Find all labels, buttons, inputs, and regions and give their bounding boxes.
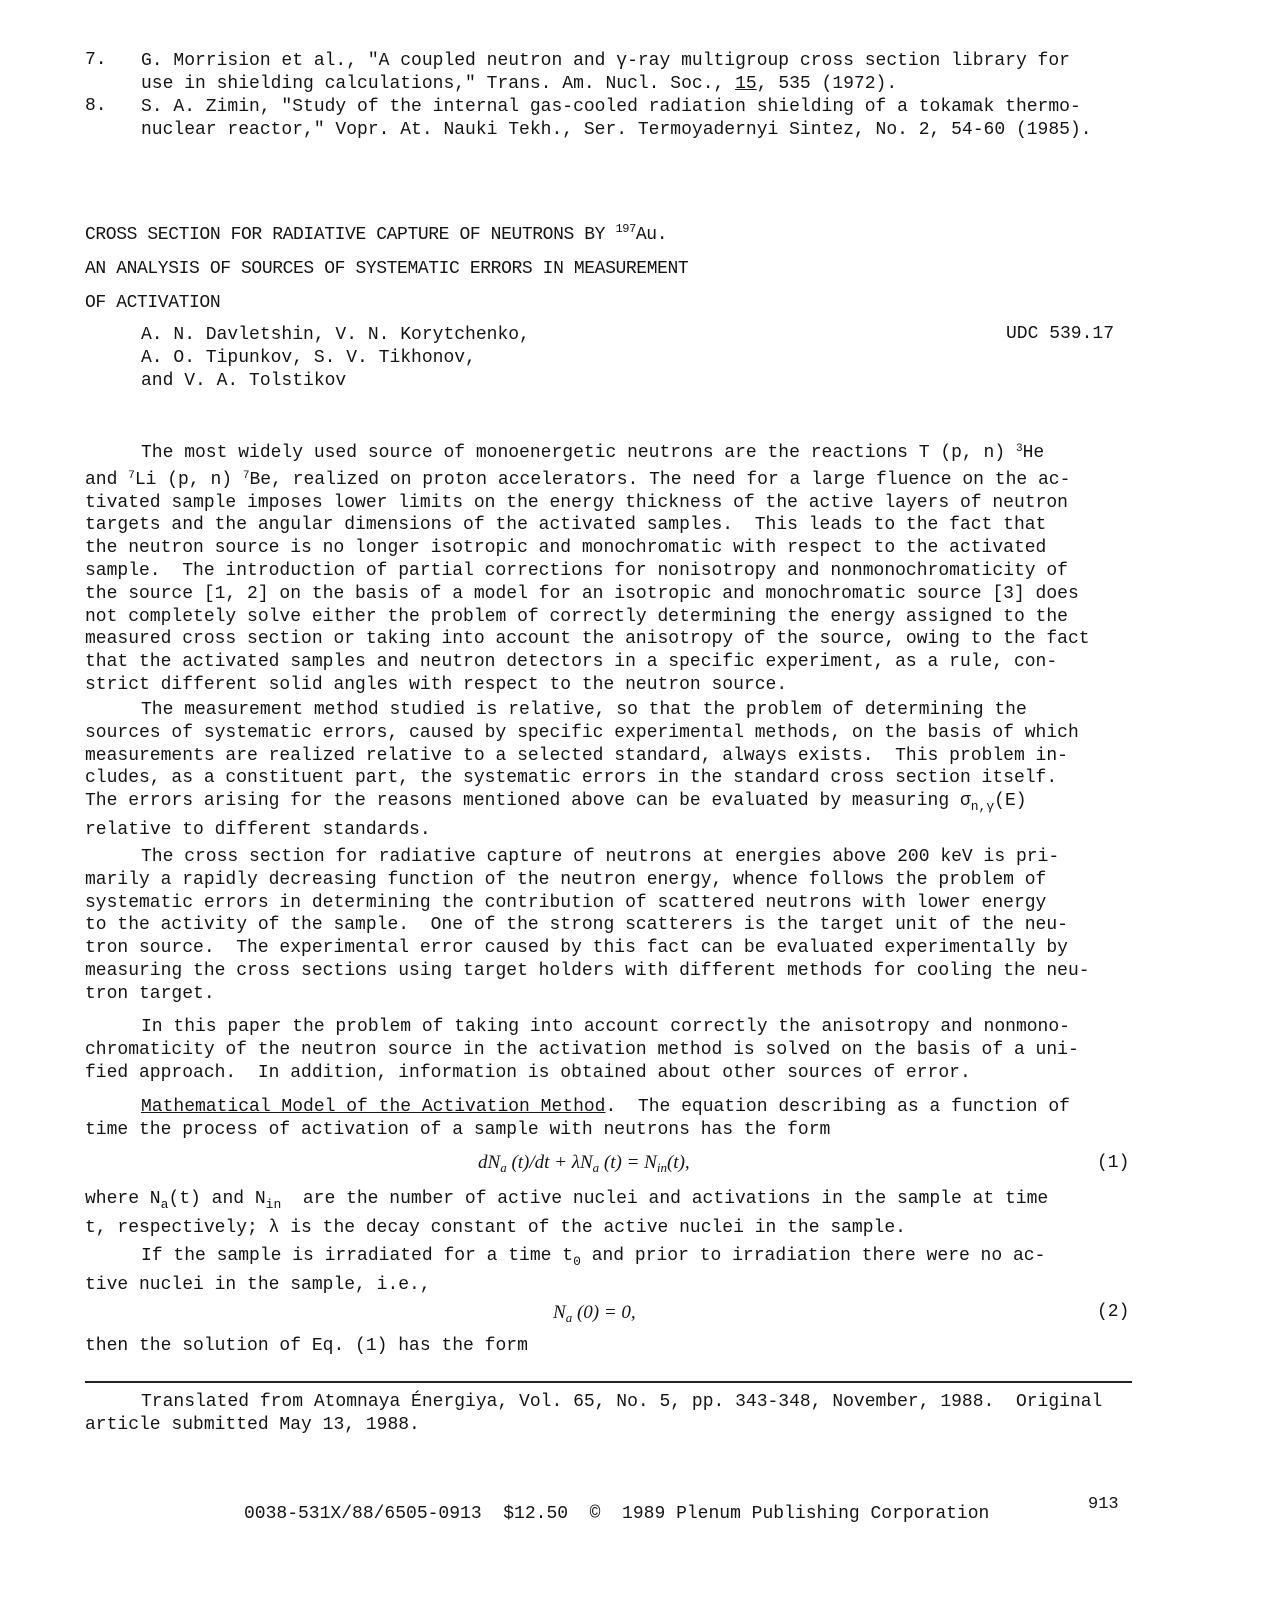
reference-text: G. Morrision et al., "A coupled neutron … <box>141 50 1185 73</box>
section-heading: Mathematical Model of the Activation Met… <box>141 1097 605 1117</box>
paragraph-measurement-method: The measurement method studied is relati… <box>85 699 1079 842</box>
reference-item: 7. G. Morrision et al., "A coupled neutr… <box>85 50 1185 96</box>
equation-2: Na (0) = 0, <box>553 1302 636 1326</box>
paragraph-solution: then the solution of Eq. (1) has the for… <box>85 1335 528 1358</box>
paragraph-intro: The most widely used source of monoenerg… <box>85 438 1090 697</box>
volume-number: 15 <box>735 74 757 94</box>
reference-item: 8. S. A. Zimin, "Study of the internal g… <box>85 96 1185 142</box>
author-line: A. O. Tipunkov, S. V. Tikhonov, <box>141 348 476 368</box>
article-title: CROSS SECTION FOR RADIATIVE CAPTURE OF N… <box>85 212 688 320</box>
equation-1: dNa (t)/dt + λNa (t) = Nin(t), <box>478 1152 690 1176</box>
reference-list: 7. G. Morrision et al., "A coupled neutr… <box>85 50 1185 142</box>
paragraph-irradiation: If the sample is irradiated for a time t… <box>85 1245 1045 1297</box>
paragraph-math-model: Mathematical Model of the Activation Met… <box>85 1096 1070 1142</box>
reference-text: nuclear reactor," Vopr. At. Nauki Tekh.,… <box>141 119 1185 142</box>
author-line: A. N. Davletshin, V. N. Korytchenko, <box>141 325 530 345</box>
equation-number: (2) <box>1097 1302 1129 1322</box>
page-number: 913 <box>1088 1495 1119 1514</box>
udc-code: UDC 539.17 <box>1006 324 1114 344</box>
paragraph-definitions: where Na(t) and Nin are the number of ac… <box>85 1188 1048 1240</box>
publisher-footer: 0038-531X/88/6505-0913 $12.50 © 1989 Ple… <box>244 1504 989 1524</box>
reference-text: S. A. Zimin, "Study of the internal gas-… <box>141 96 1185 119</box>
translation-footnote: Translated from Atomnaya Énergiya, Vol. … <box>85 1391 1102 1437</box>
paragraph-paper-scope: In this paper the problem of taking into… <box>85 1016 1079 1084</box>
reference-text: use in shielding calculations," Trans. A… <box>141 73 1185 96</box>
author-list: A. N. Davletshin, V. N. Korytchenko, A. … <box>141 324 530 393</box>
reference-number: 8. <box>85 96 107 116</box>
equation-number: (1) <box>1097 1153 1129 1173</box>
footnote-divider <box>85 1381 1132 1383</box>
paragraph-cross-section: The cross section for radiative capture … <box>85 846 1090 1006</box>
reference-number: 7. <box>85 50 107 70</box>
author-line: and V. A. Tolstikov <box>141 371 346 391</box>
